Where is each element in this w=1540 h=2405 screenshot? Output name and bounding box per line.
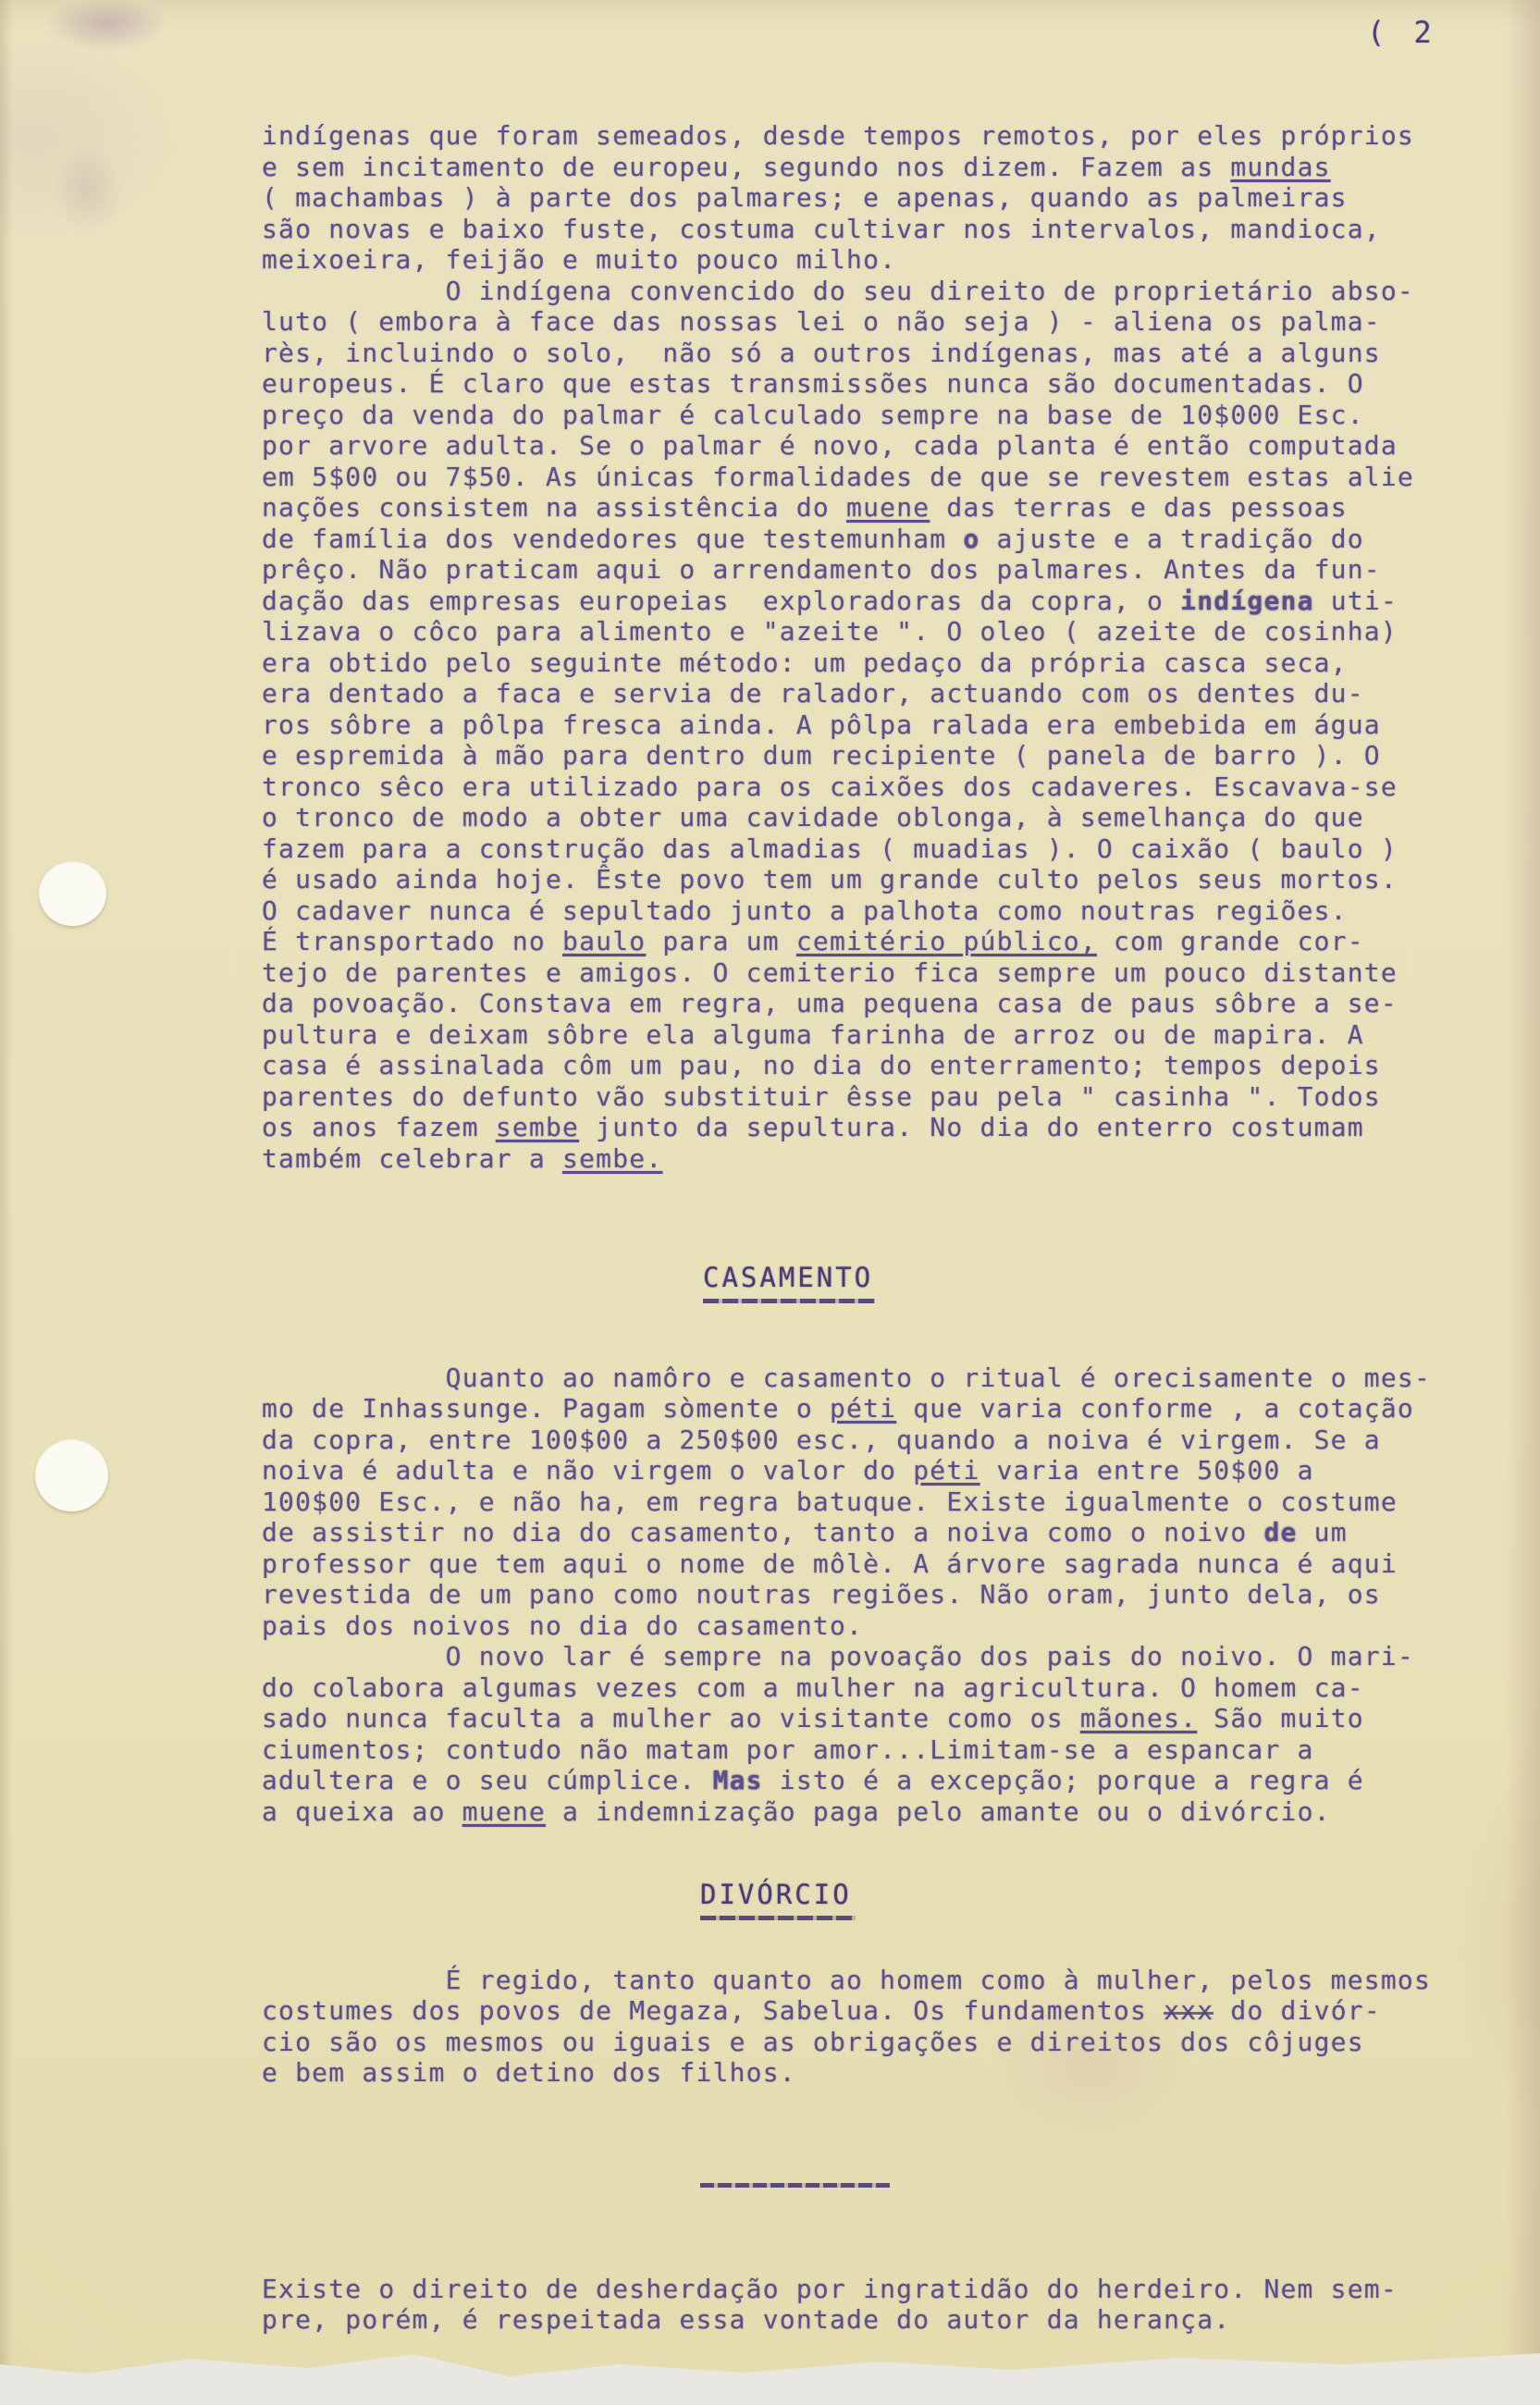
- text-line: sado nunca faculta a mulher ao visitante…: [262, 1703, 1455, 1734]
- para-divorcio: É regido, tanto quanto ao homem como à m…: [262, 1965, 1455, 2089]
- text-line: É regido, tanto quanto ao homem como à m…: [262, 1965, 1455, 1996]
- text-line: e sem incitamento de europeu, segundo no…: [262, 152, 1455, 183]
- typewritten-body: indígenas que foram semeados, desde temp…: [262, 120, 1455, 2336]
- text-line: pultura e deixam sôbre ela alguma farinh…: [262, 1019, 1455, 1051]
- para-inheritance: Existe o direito de desherdação por ingr…: [262, 2274, 1455, 2336]
- text-line: da povoação. Constava em regra, uma pequ…: [262, 988, 1455, 1019]
- text-line: por arvore adulta. Se o palmar é novo, c…: [262, 430, 1455, 462]
- text-line: costumes dos povos de Megaza, Sabelua. O…: [262, 1995, 1455, 2027]
- text-line: pre, porém, é respeitada essa vontade do…: [262, 2304, 1455, 2336]
- text-line: de assistir no dia do casamento, tanto a…: [262, 1517, 1455, 1548]
- heading-casamento: CASAMENTO: [703, 1263, 1455, 1303]
- text-line: rès, incluindo o solo, não só a outros i…: [262, 338, 1455, 369]
- text-line: pais dos noivos no dia do casamento.: [262, 1610, 1455, 1642]
- text-line: meixoeira, feijão e muito pouco milho.: [262, 244, 1455, 276]
- text-line: O novo lar é sempre na povoação dos pais…: [262, 1641, 1455, 1672]
- text-line: o tronco de modo a obter uma cavidade ob…: [262, 802, 1455, 833]
- text-line: tejo de parentes e amigos. O cemiterio f…: [262, 957, 1455, 989]
- text-line: nações consistem na assistência do muene…: [262, 492, 1455, 524]
- text-line: e bem assim o detino dos filhos.: [262, 2057, 1455, 2089]
- separator-line: [700, 2183, 890, 2188]
- text-line: era obtido pelo seguinte método: um peda…: [262, 647, 1455, 679]
- text-line: mo de Inhassunge. Pagam sòmente o péti q…: [262, 1393, 1455, 1424]
- text-line: do colabora algumas vezes com a mulher n…: [262, 1672, 1455, 1704]
- heading-divorcio: DIVÓRCIO: [700, 1880, 1455, 1920]
- text-line: É transportado no baulo para um cemitéri…: [262, 926, 1455, 957]
- text-line: e espremida à mão para dentro dum recipi…: [262, 740, 1455, 771]
- text-line: de família dos vendedores que testemunha…: [262, 524, 1455, 555]
- text-line: europeus. É claro que estas transmissões…: [262, 368, 1455, 400]
- text-line: a queixa ao muene a indemnização paga pe…: [262, 1796, 1455, 1828]
- text-line: Existe o direito de desherdação por ingr…: [262, 2274, 1455, 2305]
- page-number: ( 2: [1367, 15, 1437, 50]
- text-line: ciumentos; contudo não matam por amor...…: [262, 1734, 1455, 1766]
- text-line: também celebrar a sembe.: [262, 1143, 1455, 1175]
- text-line: revestida de um pano como noutras regiõe…: [262, 1579, 1455, 1610]
- text-line: indígenas que foram semeados, desde temp…: [262, 120, 1455, 152]
- text-line: lizava o côco para alimento e "azeite ".…: [262, 616, 1455, 647]
- text-line: professor que tem aqui o nome de môlè. A…: [262, 1548, 1455, 1580]
- para-agriculture-burial: indígenas que foram semeados, desde temp…: [262, 120, 1455, 1174]
- scanned-paper-page: ( 2 indígenas que foram semeados, desde …: [0, 0, 1540, 2383]
- text-line: da copra, entre 100$00 a 250$00 esc., qu…: [262, 1424, 1455, 1456]
- text-line: dação das empresas europeias exploradora…: [262, 586, 1455, 617]
- text-line: parentes do defunto vão substituir êsse …: [262, 1081, 1455, 1113]
- text-line: os anos fazem sembe junto da sepultura. …: [262, 1112, 1455, 1143]
- text-line: Quanto ao namôro e casamento o ritual é …: [262, 1363, 1455, 1394]
- text-line: fazem para a construção das almadias ( m…: [262, 833, 1455, 865]
- text-line: cio são os mesmos ou iguais e as obrigaç…: [262, 2027, 1455, 2058]
- text-line: são novas e baixo fuste, costuma cultiva…: [262, 214, 1455, 245]
- text-line: tronco sêco era utilizado para os caixõe…: [262, 771, 1455, 803]
- punch-hole-bottom: [35, 1439, 108, 1511]
- text-line: prêço. Não praticam aqui o arrendamento …: [262, 554, 1455, 586]
- text-line: O indígena convencido do seu direito de …: [262, 276, 1455, 307]
- text-line: preço da venda do palmar é calculado sem…: [262, 400, 1455, 431]
- text-line: em 5$00 ou 7$50. As únicas formalidades …: [262, 462, 1455, 493]
- text-line: ( machambas ) à parte dos palmares; e ap…: [262, 182, 1455, 214]
- text-line: era dentado a faca e servia de ralador, …: [262, 678, 1455, 709]
- text-line: casa é assinalada côm um pau, no dia do …: [262, 1050, 1455, 1081]
- para-casamento: Quanto ao namôro e casamento o ritual é …: [262, 1363, 1455, 1828]
- punch-hole-top: [39, 861, 106, 926]
- text-line: luto ( embora à face das nossas lei o nã…: [262, 306, 1455, 338]
- text-line: adultera e o seu cúmplice. Mas isto é a …: [262, 1765, 1455, 1796]
- text-line: O cadaver nunca é sepultado junto a palh…: [262, 895, 1455, 927]
- text-line: ros sôbre a pôlpa fresca ainda. A pôlpa …: [262, 709, 1455, 741]
- text-line: noiva é adulta e não virgem o valor do p…: [262, 1455, 1455, 1486]
- text-line: é usado ainda hoje. Êste povo tem um gra…: [262, 864, 1455, 895]
- text-line: 100$00 Esc., e não ha, em regra batuque.…: [262, 1486, 1455, 1518]
